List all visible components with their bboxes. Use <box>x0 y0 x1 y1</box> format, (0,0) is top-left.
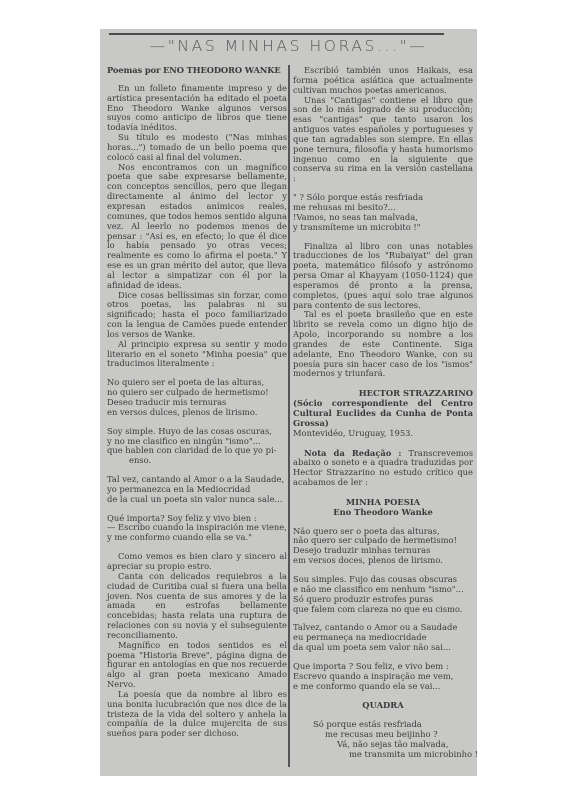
paragraph: Nos encontramos con un magnífico poeta q… <box>107 163 287 291</box>
sonnet-stanza: Talvez, cantando o Amor ou a Saudade eu … <box>293 623 473 653</box>
newspaper-clipping: —"NAS MINHAS HORAS..."— Poemas por ENO T… <box>100 29 477 776</box>
quadra: Só porque estás resfriada me recusas meu… <box>293 720 473 759</box>
paragraph: Tal es el poeta brasileño que en este li… <box>293 310 473 379</box>
verse-line: enso. <box>107 456 287 466</box>
byline: Poemas por ENO THEODORO WANKE <box>107 66 287 76</box>
verse-line: que falem com clareza no que eu cismo. <box>293 605 473 615</box>
left-column: Poemas por ENO THEODORO WANKE En un foll… <box>107 66 287 739</box>
paragraph: La poesía que da nombre al libro es una … <box>107 690 287 739</box>
sonnet-stanza: No quiero ser el poeta de las alturas, n… <box>107 378 287 417</box>
column-divider <box>288 65 290 767</box>
paragraph: Al principio expresa su sentir y modo li… <box>107 340 287 370</box>
article-title: —"NAS MINHAS HORAS..."— <box>100 37 477 55</box>
signature-affiliation: (Sócio correspondiente del Centro Cultur… <box>293 399 473 429</box>
top-rule <box>109 33 444 35</box>
sonnet-stanza: Tal vez, cantando al Amor o a la Saudade… <box>107 475 287 505</box>
sonnet-stanza: Qué importa? Soy feliz y vivo bien : — E… <box>107 514 287 544</box>
quadra-title: QUADRA <box>293 701 473 711</box>
verse-line: em versos doces, plenos de lirismo. <box>293 556 473 566</box>
sonnet-stanza: Sou simples. Fujo das cousas obscuras e … <box>293 575 473 614</box>
verse-line: y me conformo cuando ella se va." <box>107 533 287 543</box>
paragraph: Escribió también unos Haikais, esa forma… <box>293 66 473 96</box>
sonnet-stanza: Soy simple. Huyo de las cosas oscuras, y… <box>107 427 287 466</box>
verse-line: me transmita um microbinho ! <box>293 750 473 760</box>
verse-line: da qual um poeta sem valor não sai... <box>293 643 473 653</box>
paragraph: Canta con delicados requiebros a la ciud… <box>107 572 287 641</box>
sonnet-stanza: Não quero ser o poeta das alturas, não q… <box>293 527 473 566</box>
paragraph: Dice cosas bellíssimas sin forzar, como … <box>107 291 287 340</box>
poem-author: Eno Theodoro Wanke <box>293 508 473 518</box>
verse-line: e me conformo quando ela se vai... <box>293 682 473 692</box>
cantiga: " ? Sólo porque estás resfriada me rehus… <box>293 193 473 232</box>
verse-line: en versos dulces, plenos de lirismo. <box>107 408 287 418</box>
paragraph: Su título es modesto ("Nas minhas horas.… <box>107 133 287 163</box>
paragraph: En un folleto finamente impreso y de art… <box>107 84 287 133</box>
right-column: Escribió también unos Haikais, esa forma… <box>293 66 473 769</box>
note-label: Nota da Redação : <box>304 448 402 458</box>
verse-line: de la cual un poeta sin valor nunca sale… <box>107 495 287 505</box>
verse-line: y transmíteme un microbito !" <box>293 223 473 233</box>
editor-note: Nota da Redação : Transcrevemos abaixo o… <box>293 449 473 488</box>
sonnet-stanza: Que importa ? Sou feliz, e vivo bem : Es… <box>293 662 473 692</box>
paragraph: Como vemos es bien claro y sincero al ap… <box>107 552 287 572</box>
signature-place-date: Montevidéo, Uruguay, 1953. <box>293 429 473 439</box>
paragraph: Unas "Cantigas" contiene el libro que so… <box>293 96 473 185</box>
paragraph: Finaliza al libro con unas notables trad… <box>293 242 473 311</box>
paragraph: Magnífico en todos sentidos es el poema … <box>107 641 287 690</box>
